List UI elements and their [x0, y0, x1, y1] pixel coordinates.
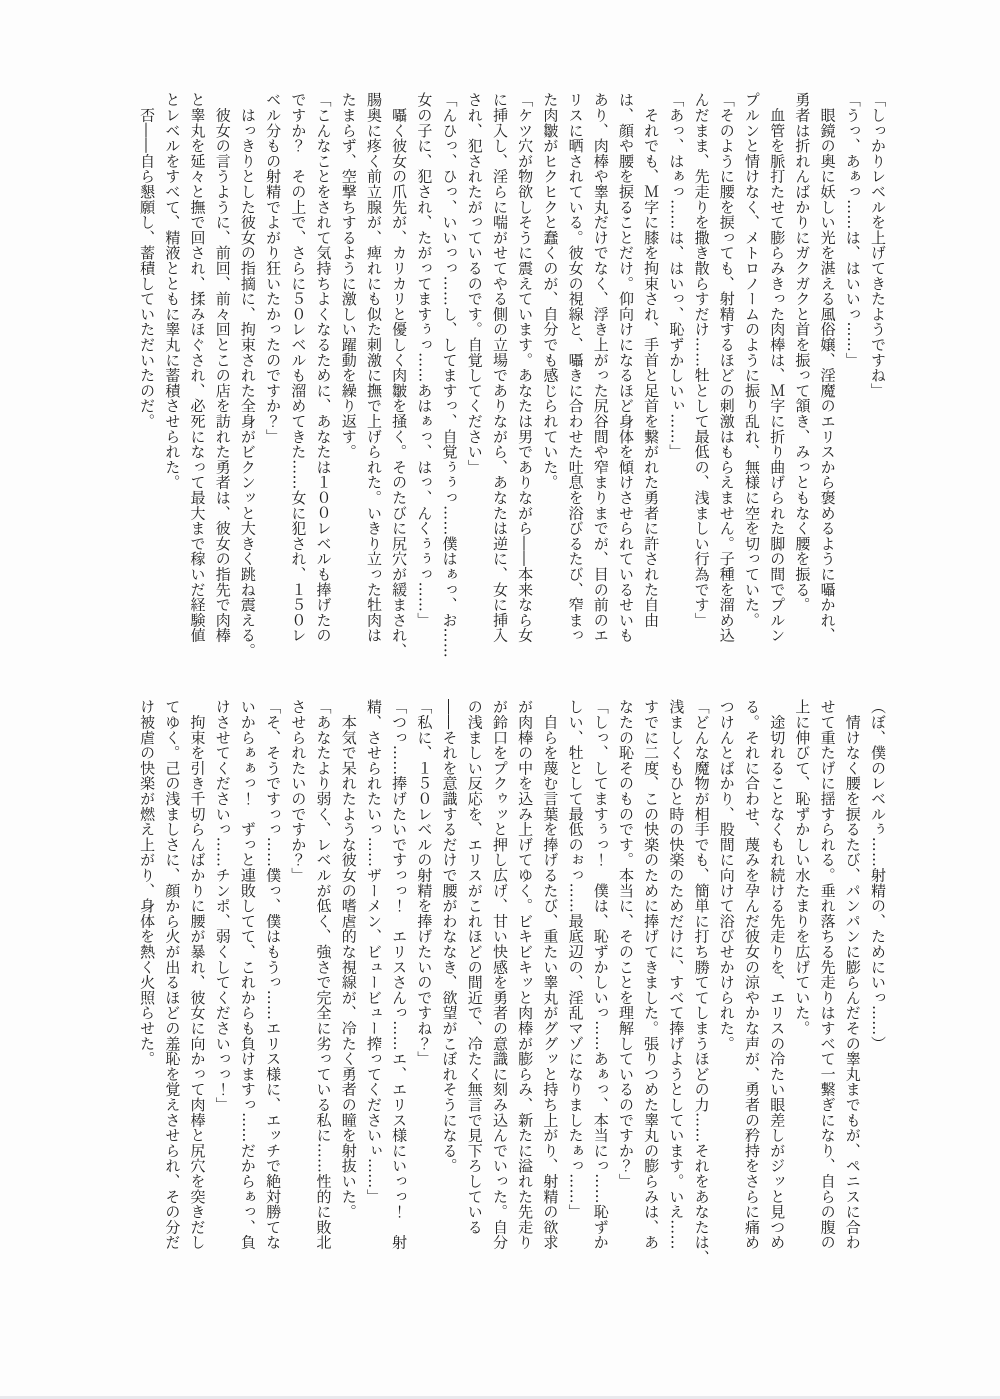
text-line: 自らを蔑む言葉を捧げるたび、重たい睾丸がググッと持ち上がり、射精の欲求	[537, 699, 562, 1271]
text-line: させられたいのですか？」	[285, 699, 310, 1271]
text-line: と睾丸を延々と撫で回され、揉みほぐされ、必死になって最大まで稼いだ経験値	[184, 92, 209, 664]
text-line: 眼鏡の奥に妖しい光を湛える風俗嬢、淫魔のエリスから褒めるように囁かれ、	[814, 92, 839, 664]
text-line: いからぁぁっ！ ずっと連敗してて、これからも負けますっ……だからぁっ、負	[235, 699, 260, 1271]
text-line: リスに晒されている。彼女の視線と、囁きに合わせた吐息を浴びるたび、窄まっ	[562, 92, 587, 664]
text-line: ベル分もの射精でよがり狂いたかったのですか？」	[260, 92, 285, 664]
text-line: が肉棒の中を込み上げてゆく。ビキビキッと肉棒が膨らみ、新たに溢れた先走り	[512, 699, 537, 1271]
document-page: 「しっかりレベルを上げてきたようですね」「うっ、あぁっ……は、はいいっ……」 眼…	[0, 0, 1000, 1399]
text-line: なたの恥そのものです。本当に、そのことを理解しているのですか？」	[613, 699, 638, 1271]
text-line: が鈴口をプクゥッと押し広げ、甘い快感を勇者の意識に刻み込んでいった。自分	[487, 699, 512, 1271]
text-line: 「こんなことをされて気持ちよくなるために、あなたは１００レベルも捧げたの	[310, 92, 335, 664]
text-line: され、犯されたがっているのです。自覚してください」	[462, 92, 487, 664]
text-line: 「私に、１５０レベルの射精を捧げたいのですね？」	[411, 699, 436, 1271]
text-line: 勇者は折れんばかりにガクガクと首を振って頷き、みっともなく腰を振る。	[789, 92, 814, 664]
text-line: せて重たげに揺すられる。垂れ落ちる先走りはすべて一繋ぎになり、自らの腹の	[814, 699, 839, 1271]
text-line: （ぼ、僕のレベルぅ……射精の、ためにいっ……）	[865, 699, 890, 1271]
text-line: んだまま、先走りを撒き散らすだけ……牡として最低の、浅ましい行為です」	[688, 92, 713, 664]
text-line: 「しっかりレベルを上げてきたようですね」	[865, 92, 890, 664]
text-line: 「つっ……捧げたいですっっ！ エリスさんっ……エ、エリス様にいっっ！ 射	[386, 699, 411, 1271]
text-line: てゆく。己の浅ましさに、顔から火が出るほどの羞恥を覚えさせられ、その分だ	[159, 699, 184, 1271]
text-line: 囁く彼女の爪先が、カリカリと優しく肉皺を掻く。そのたびに尻穴が緩まされ、	[386, 92, 411, 664]
text-line: 彼女の言うように、前回、前々回とこの店を訪れた勇者は、彼女の指先で肉棒	[210, 92, 235, 664]
text-line: あり、肉棒や睾丸だけでなく、浮き上がった尻谷間や窄まりまでが、目の前のエ	[588, 92, 613, 664]
text-line: 女の子に、犯され、たがってますぅっ……あはぁっ、はっ、んくぅぅっ……」	[411, 92, 436, 664]
text-line: け被虐の快楽が燃え上がり、身体を熱く火照らせた。	[134, 699, 159, 1271]
text-line: つけんとばかり、股間に向けて浴びせかけられた。	[714, 699, 739, 1271]
text-line: た肉皺がヒクヒクと蠢くのが、自分でも感じられていた。	[537, 92, 562, 664]
text-line: 拘束を引き千切らんばかりに腰が暴れ、彼女に向かって肉棒と尻穴を突きだし	[184, 699, 209, 1271]
text-line: 腸奥に疼く前立腺が、痺れにも似た刺激に撫で上げられた。いきり立った牡肉は	[361, 92, 386, 664]
text-line: 「あなたより弱く、レベルが低く、強さで完全に劣っている私に……性的に敗北	[310, 699, 335, 1271]
text-line: 情けなく腰を捩るたび、パンパンに膨らんだその睾丸までもが、ペニスに合わ	[840, 699, 865, 1271]
text-line: の浅ましい反応を、エリスがこれほどの間近で、冷たく無言で見下ろしている	[462, 699, 487, 1271]
text-line: ――それを意識するだけで腰がわななき、欲望がこぼれそうになる。	[436, 699, 461, 1271]
text-line: 否――自ら懇願し、蓄積していただいたのだ。	[134, 92, 159, 664]
text-line: 「ケツ穴が物欲しそうに震えています。あなたは男でありながら――本来なら女	[512, 92, 537, 664]
text-line: 本気で呆れたような彼女の嗜虐的な視線が、冷たく勇者の瞳を射抜いた。	[336, 699, 361, 1271]
text-line: 「そ、そうですっっ……僕っ、僕はもうっ……エリス様に、エッチで絶対勝てな	[260, 699, 285, 1271]
text-line: に挿入し、淫らに喘がせてやる側の立場でありながら、あなたは逆に、女に挿入	[487, 92, 512, 664]
text-line: ですか？ その上で、さらに５０レベルも溜めてきた……女に犯され、１５０レ	[285, 92, 310, 664]
text-line: たまらず、空撃ちするように激しい躍動を繰り返す。	[336, 92, 361, 664]
text-line: 「しっ、してますぅっ！ 僕は、恥ずかしいっ……あぁっ、本当にっ……恥ずか	[588, 699, 613, 1271]
text-line: はっきりとした彼女の指摘に、拘束された全身がビクンッと大きく跳ね震える。	[235, 92, 260, 664]
text-line: 「あっ、はぁっ……は、はいっ、恥ずかしいぃ……」	[663, 92, 688, 664]
text-line: けさせてくださいっ……チンポ、弱くしてくださいっっ！」	[210, 699, 235, 1271]
text-line: 精、させられたいっ……ザーメン、ビュービュー搾ってくださいぃ……」	[361, 699, 386, 1271]
text-line: すでに二度、この快楽のために捧げてきました。張りつめた睾丸の膨らみは、あ	[638, 699, 663, 1271]
text-block-top: 「しっかりレベルを上げてきたようですね」「うっ、あぁっ……は、はいいっ……」 眼…	[134, 92, 890, 664]
text-line: 浅ましくもひと時の快楽のためだけに、すべて捧げようとしています。いえ……	[663, 699, 688, 1271]
text-line: 「そのように腰を捩っても、射精するほどの刺激はもらえません。子種を溜め込	[714, 92, 739, 664]
text-line: しい、牡として最低のぉっ……最底辺の、淫乱マゾになりましたぁっ……」	[562, 699, 587, 1271]
text-line: 上に伸びて、恥ずかしい水たまりを広げていた。	[789, 699, 814, 1271]
text-line: とレベルをすべて、精液とともに睾丸に蓄積させられた。	[159, 92, 184, 664]
text-line: 「んひっ、ひっ、いいっっ……し、してますっ、自覚ぅぅっ……僕はぁっ、お……	[436, 92, 461, 664]
text-line: それでも、Ｍ字に膝を拘束され、手首と足首を繋がれた勇者に許された自由	[638, 92, 663, 664]
text-line: 「うっ、あぁっ……は、はいいっ……」	[840, 92, 865, 664]
text-line: る。それに合わせ、蔑みを孕んだ彼女の涼やかな声が、勇者の矜持をさらに痛め	[739, 699, 764, 1271]
text-block-bottom: （ぼ、僕のレベルぅ……射精の、ためにいっ……） 情けなく腰を捩るたび、パンパンに…	[134, 699, 890, 1271]
text-line: は、顔や腰を捩ることだけ。仰向けになるほど身体を傾けさせられているせいも	[613, 92, 638, 664]
text-line: 途切れることなくもれ続ける先走りを、エリスの冷たい眼差しがジッと見つめ	[764, 699, 789, 1271]
text-line: 「どんな魔物が相手でも、簡単に打ち勝ててしまうほどの力……それをあなたは、	[688, 699, 713, 1271]
text-line: 血管を脈打たせて膨らみきった肉棒は、Ｍ字に折り曲げられた脚の間でプルン	[764, 92, 789, 664]
text-line: プルンと情けなく、メトロノームのように振り乱れ、無様に空を切っていた。	[739, 92, 764, 664]
